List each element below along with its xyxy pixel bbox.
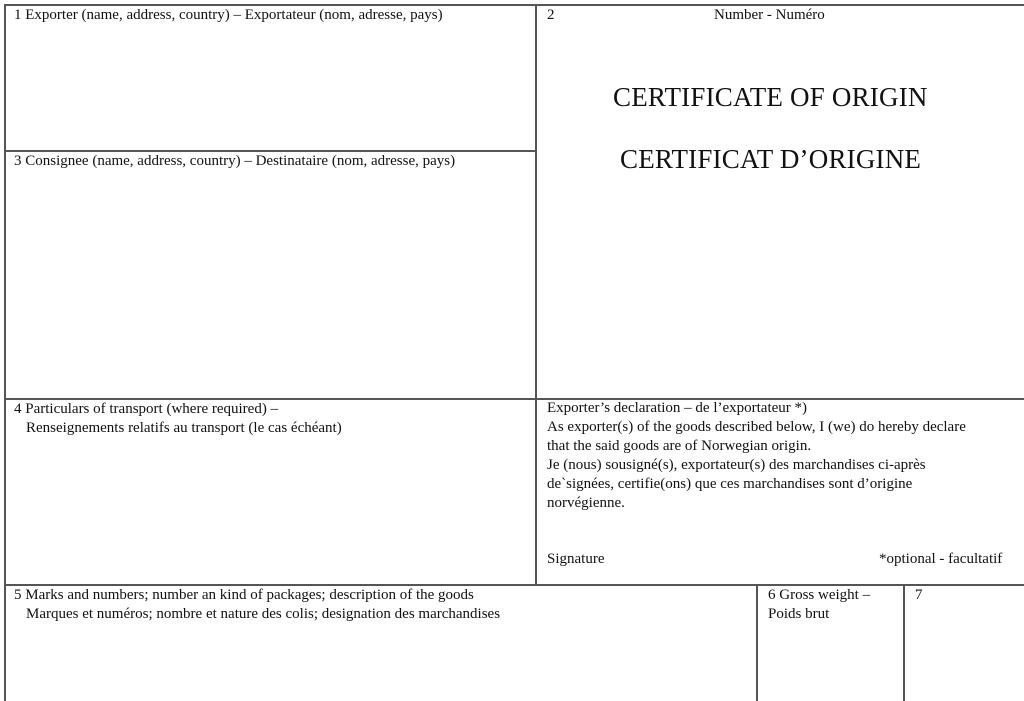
number-label: Number - Numéro [714, 6, 825, 25]
box7-label: 7 [915, 586, 923, 605]
box7[interactable]: 7 [905, 586, 1024, 701]
goods-box[interactable]: 5 Marks and numbers; number an kind of p… [6, 586, 756, 701]
number-index: 2 [547, 6, 555, 25]
declaration-fr-line1: Je (nous) sousigné(s), exportateur(s) de… [547, 456, 966, 475]
exporter-label: 1 Exporter (name, address, country) – Ex… [14, 6, 443, 25]
gross-weight-label-line1: 6 Gross weight – [768, 586, 870, 605]
declaration-fr-line3: norvégienne. [547, 494, 966, 513]
goods-label-line2: Marques et numéros; nombre et nature des… [26, 605, 500, 624]
consignee-box[interactable]: 3 Consignee (name, address, country) – D… [6, 152, 535, 398]
declaration-heading: Exporter’s declaration – de l’exportateu… [547, 399, 966, 418]
optional-note: *optional - facultatif [879, 550, 1002, 569]
goods-label-line1: 5 Marks and numbers; number an kind of p… [14, 586, 474, 605]
certificate-title-fr: CERTIFICAT D’ORIGINE [620, 143, 921, 175]
certificate-title-en: CERTIFICATE OF ORIGIN [613, 81, 928, 113]
signature-field[interactable]: Signature [547, 550, 605, 569]
declaration-en-line1: As exporter(s) of the goods described be… [547, 418, 966, 437]
declaration-en-line2: that the said goods are of Norwegian ori… [547, 437, 966, 456]
transport-label-line1: 4 Particulars of transport (where requir… [14, 400, 278, 419]
transport-label-line2: Renseignements relatifs au transport (le… [26, 419, 342, 438]
transport-box[interactable]: 4 Particulars of transport (where requir… [6, 400, 535, 584]
gross-weight-box[interactable]: 6 Gross weight – Poids brut [758, 586, 903, 701]
number-box[interactable]: 2 Number - Numéro CERTIFICATE OF ORIGIN … [537, 6, 1024, 398]
gross-weight-label-line2: Poids brut [768, 605, 829, 624]
exporter-declaration: Exporter’s declaration – de l’exportateu… [547, 399, 966, 513]
consignee-label: 3 Consignee (name, address, country) – D… [14, 152, 455, 171]
declaration-fr-line2: de`signées, certifie(ons) que ces marcha… [547, 475, 966, 494]
exporter-box[interactable]: 1 Exporter (name, address, country) – Ex… [6, 6, 535, 150]
